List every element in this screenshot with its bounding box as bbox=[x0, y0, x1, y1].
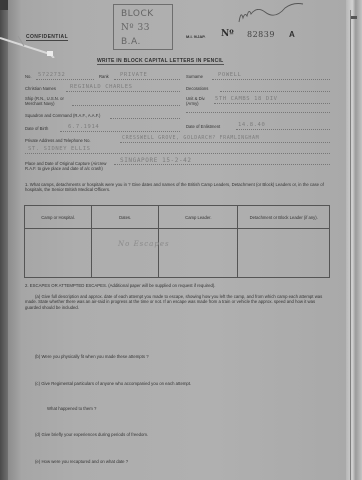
unit-label: Unit & Div. (Army) bbox=[186, 96, 214, 106]
date-of-enlistment-label: Date of Enlistment bbox=[186, 124, 220, 129]
block-stamp: BLOCK Nº 33 B.A. bbox=[113, 4, 173, 50]
no-label: No. bbox=[25, 74, 32, 79]
question-2e-text: (e) How were you recaptured and on what … bbox=[35, 459, 128, 464]
cell-dates[interactable] bbox=[92, 229, 159, 278]
date-of-birth-label: Date of Birth bbox=[25, 126, 48, 131]
page-edge-line bbox=[350, 10, 351, 480]
camps-entry: No Escapes bbox=[118, 240, 170, 248]
column-block-leader: Detachment or Block Leader (if any). bbox=[238, 206, 330, 229]
form-code: M.I. 9/JAP. bbox=[186, 34, 206, 39]
surname-value[interactable]: POWELL bbox=[218, 72, 241, 78]
decorations-label: Decorations bbox=[186, 86, 208, 91]
camps-table: Camp or Hospital. Dates. Camp Leader. De… bbox=[24, 205, 330, 278]
date-of-enlistment-value[interactable]: 14.8.40 bbox=[238, 122, 265, 128]
no-value[interactable]: 5722732 bbox=[38, 72, 65, 78]
squadron-label: Squadron and Command (R.A.F., A.A.F.) bbox=[25, 113, 100, 118]
question-2-heading: 2. ESCAPES OR ATTEMPTED ESCAPES. (Additi… bbox=[25, 283, 216, 288]
form-number: 82839 bbox=[247, 30, 275, 39]
unit-value[interactable]: 5TH CAMBS 18 DIV bbox=[215, 96, 278, 102]
cell-block-leader[interactable] bbox=[238, 229, 330, 278]
rank-label: Rank bbox=[99, 74, 109, 79]
question-2d-text: (d) Give briefly your experiences during… bbox=[35, 432, 148, 437]
instruction-heading: WRITE IN BLOCK CAPITAL LETTERS IN PENCIL bbox=[97, 58, 224, 65]
address-value[interactable]: CRESSWELL GROVE, GOLDARCH? FRAMLINGHAM bbox=[122, 135, 259, 141]
capture-value[interactable]: SINGAPORE 15-2-42 bbox=[120, 157, 192, 164]
date-of-birth-value[interactable]: 6.7.1914 bbox=[68, 124, 99, 130]
number-suffix: A bbox=[289, 30, 295, 39]
classification-label: CONFIDENTIAL bbox=[26, 34, 68, 41]
christian-names-value[interactable]: REGINALD CHARLES bbox=[70, 84, 133, 90]
question-1-text: 1. What camps, detachments or hospitals … bbox=[25, 182, 330, 193]
ship-label: Ship (R.N., U.S.N. or Merchant Navy) bbox=[25, 96, 73, 106]
table-row bbox=[25, 229, 330, 278]
column-camp-leader: Camp Leader. bbox=[159, 206, 238, 229]
question-2a-text: (a) Give full description and approx. da… bbox=[25, 294, 330, 310]
address-label: Private Address and Telephone No. bbox=[25, 138, 91, 143]
surname-label: Surname bbox=[186, 74, 203, 79]
address-value-line-2[interactable]: ST. SIDNEY ELLIS bbox=[28, 146, 91, 152]
clip-tab bbox=[351, 16, 357, 19]
column-camp-or-hospital: Camp or Hospital. bbox=[25, 206, 92, 229]
stamp-line-3: B.A. bbox=[121, 35, 172, 49]
question-2b-text: (b) Were you physically fit when you mad… bbox=[35, 354, 149, 359]
question-2c-followup: What happened to them ? bbox=[47, 406, 96, 411]
cell-camp[interactable] bbox=[25, 229, 92, 278]
camps-table-header: Camp or Hospital. Dates. Camp Leader. De… bbox=[25, 206, 330, 229]
handwritten-initials-icon bbox=[235, 0, 305, 26]
capture-label: Place and Date of Original Capture (Airc… bbox=[25, 161, 115, 171]
column-dates: Dates. bbox=[92, 206, 159, 229]
stamp-line-1: BLOCK bbox=[121, 7, 172, 21]
rank-value[interactable]: PRIVATE bbox=[120, 72, 147, 78]
cell-leader[interactable] bbox=[159, 229, 238, 278]
christian-names-label: Christian Names bbox=[25, 86, 56, 91]
number-label: Nº bbox=[221, 29, 234, 39]
stamp-line-2: Nº 33 bbox=[121, 21, 172, 35]
question-2c-text: (c) Give Regimental particulars of anyon… bbox=[35, 381, 191, 386]
page-stack-edge bbox=[346, 0, 362, 480]
